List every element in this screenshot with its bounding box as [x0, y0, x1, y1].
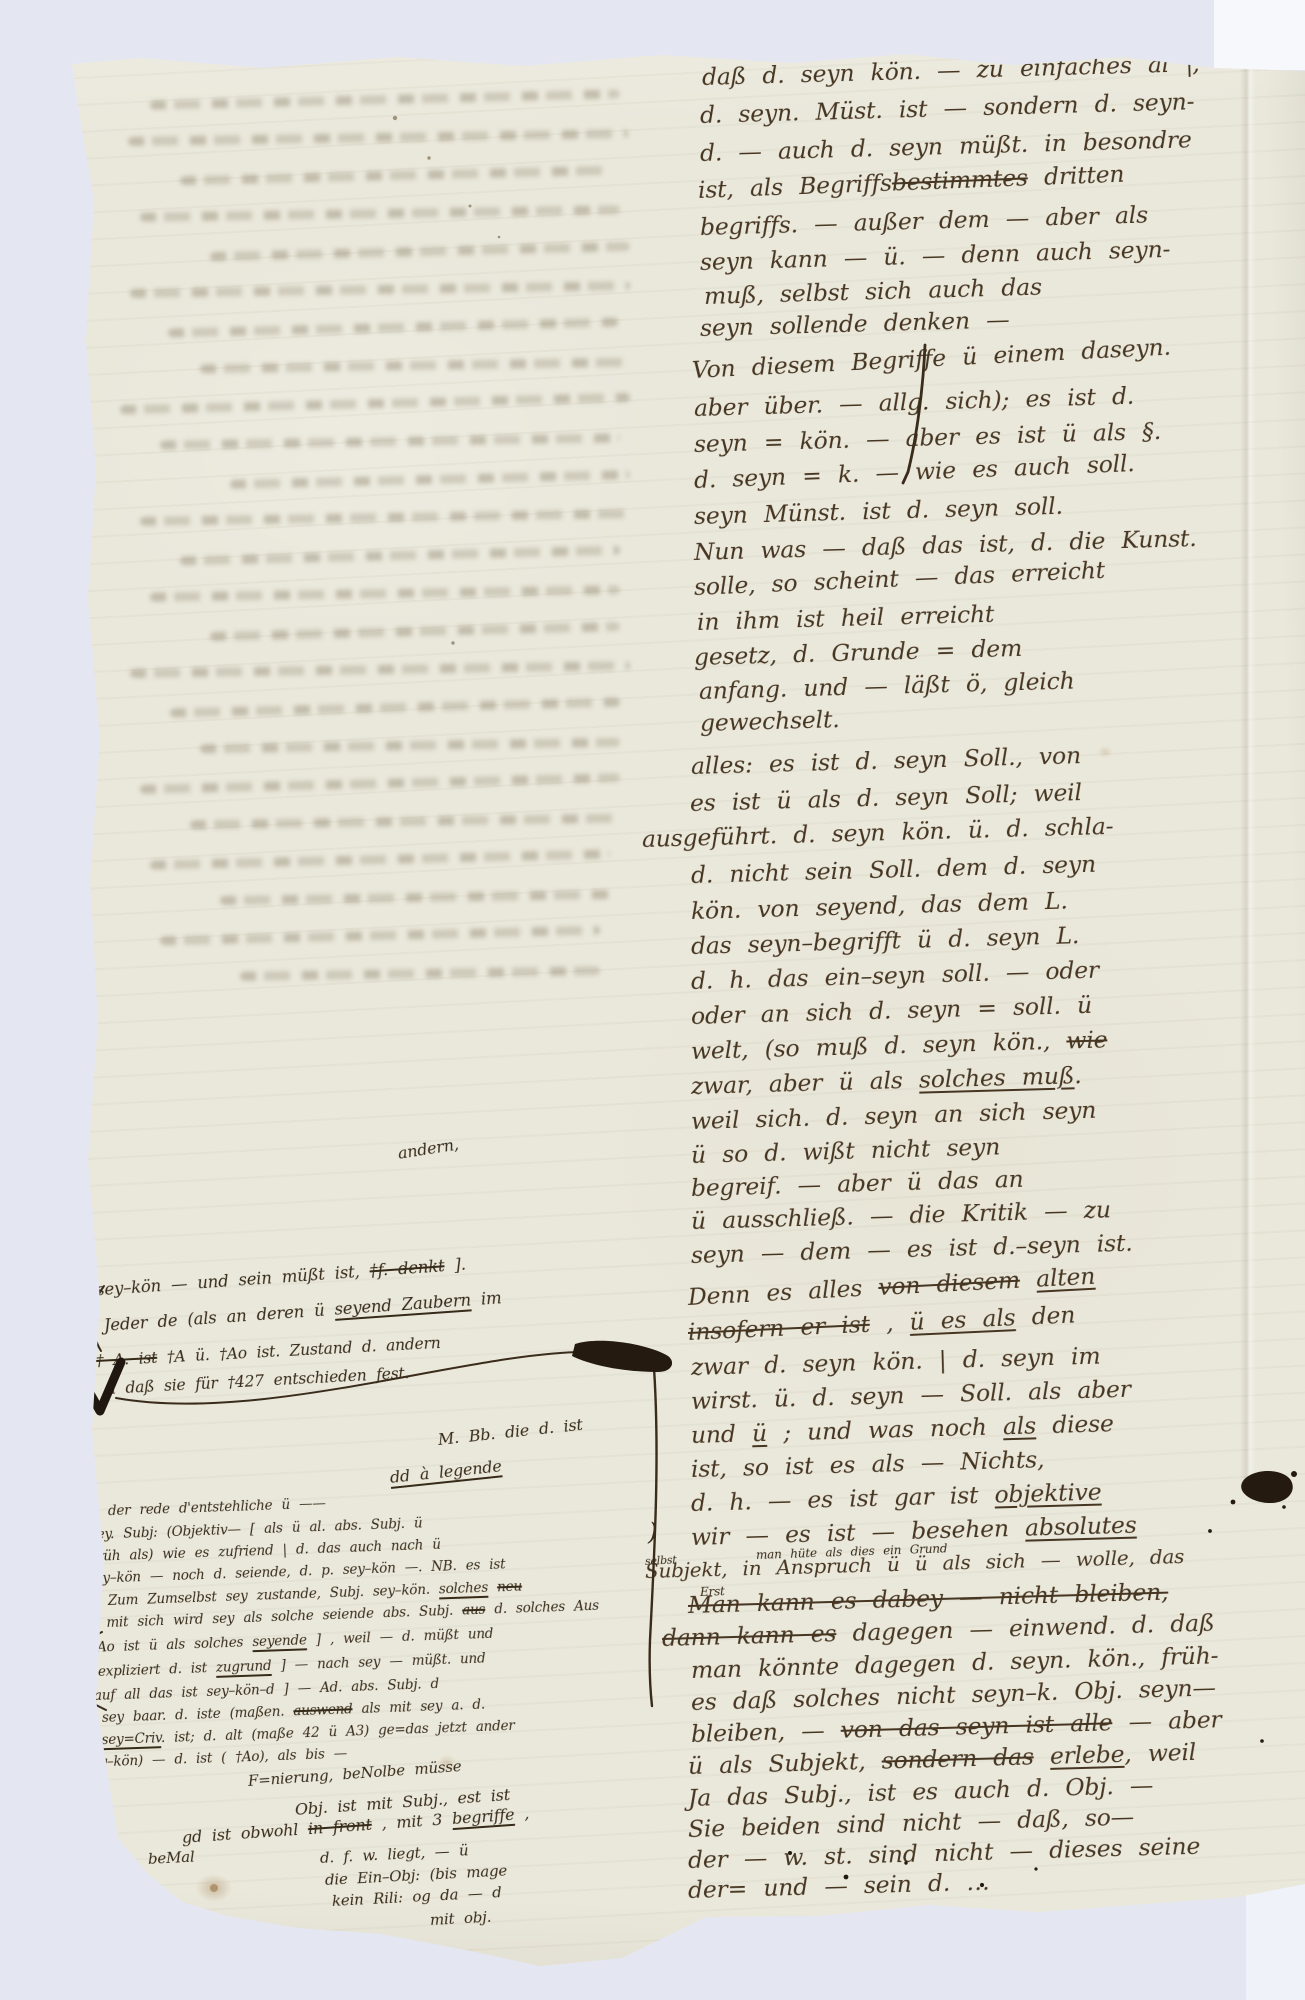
manuscript-line: Von diesem Begriffe ü einem daseyn.: [691, 336, 1171, 383]
ink-speck: [393, 116, 397, 120]
bleedthrough-line: [140, 773, 620, 794]
bleedthrough-line: [160, 926, 600, 946]
ink-speck: [451, 641, 454, 644]
annotation-line: beMal: [148, 1850, 195, 1867]
manuscript-line: seyn Münst. ist d. seyn soll.: [694, 495, 1063, 529]
bleedthrough-line: [230, 470, 630, 489]
manuscript-line: aber über. — allg. sich); es ist d.: [694, 385, 1135, 421]
bleedthrough-line: [190, 814, 620, 830]
annotation-line: (sey–kön — und sein müßt ist, †f. denkt …: [89, 1257, 466, 1300]
ink-speck: [427, 156, 430, 159]
manuscript-line: gesetz, d. Grunde = dem: [694, 637, 1023, 670]
bleedthrough-line: [150, 585, 620, 601]
bleedthrough-line: [180, 546, 620, 566]
fold-crease: [1240, 62, 1256, 1482]
manuscript-line: der= und — sein d. …: [688, 1871, 990, 1903]
annotation-line: Erst: [700, 1585, 725, 1598]
manuscript-line: in ihm ist heil erreicht: [697, 603, 995, 635]
annotation-line: Jeder de (als an deren ü seyend Zaubern …: [103, 1290, 502, 1334]
manuscript-line: ü ausschließ. — die Kritik — zu: [691, 1198, 1111, 1233]
manuscript-line: begriffs. — außer dem — aber als: [700, 203, 1149, 239]
ink-speck: [1231, 1500, 1236, 1505]
annotation-line: selbst: [645, 1554, 677, 1567]
ink-speck: [1034, 1867, 1037, 1870]
bleedthrough-line: [150, 89, 620, 109]
bleedthrough-line: [120, 393, 630, 414]
bleedthrough-line: [220, 890, 610, 905]
manuscript-line: gewechselt.: [700, 708, 840, 735]
bleedthrough-line: [140, 205, 620, 222]
bleedthrough-line: [200, 738, 620, 754]
manuscript-line: begreif. — aber ü das an: [691, 1168, 1024, 1201]
manuscript-line: seyn sollende denken —: [700, 308, 1010, 340]
manuscript-line: ist, so ist es als — Nichts,: [691, 1448, 1045, 1481]
bleedthrough-line: [130, 281, 630, 298]
ink-speck: [469, 205, 472, 208]
annotation-line: andern,: [397, 1137, 460, 1162]
scan-background-strip: [1214, 0, 1305, 70]
foxing-spot: [210, 1884, 218, 1892]
bleedthrough-line: [168, 318, 618, 338]
manuscript-line: zwar, aber ü als solches muß.: [691, 1064, 1082, 1098]
manuscript-line: d. nicht sein Soll. dem d. seyn: [691, 853, 1097, 888]
manuscript-line: das seyn–begrifft ü d. seyn L.: [691, 924, 1080, 958]
manuscript-line: alles: es ist d. seyn Soll., von: [691, 744, 1082, 778]
manuscript-line: Nun was — daß das ist, d. die Kunst.: [694, 527, 1197, 565]
manuscript-line: kön. von seyend, das dem L.: [691, 889, 1068, 923]
manuscript-line: ausgeführt. d. seyn kön. ü. d. schla-: [642, 815, 1114, 852]
manuscript-scan: { "document": { "type": "Handwritten man…: [0, 0, 1305, 2000]
annotation-line: ü daß sie für †427 entschieden fest.: [106, 1366, 410, 1397]
manuscript-line: ü so d. wißt nicht seyn: [691, 1135, 1001, 1167]
manuscript-line: d. seyn. Müst. ist — sondern d. seyn-: [700, 90, 1195, 127]
scan-background-strip: [1246, 1876, 1305, 2000]
manuscript-line: seyn kann — ü. — denn auch seyn-: [700, 238, 1171, 275]
bleedthrough-line: [210, 242, 630, 261]
manuscript-line: welt, (so muß d. seyn kön., wie: [691, 1028, 1108, 1063]
bleedthrough-line: [160, 433, 620, 449]
ink-speck: [1260, 1739, 1264, 1743]
annotation-line: ): [648, 1520, 657, 1544]
manuscript-line: anfang. und — läßt ö, gleich: [699, 670, 1075, 704]
manuscript-line: oder an sich d. seyn = soll. ü: [691, 994, 1093, 1029]
manuscript-line: wirst. ü. d. seyn — Soll. als aber: [691, 1378, 1131, 1414]
ink-speck: [1282, 1505, 1286, 1509]
bleedthrough-line: [150, 849, 610, 869]
ink-speck: [498, 236, 501, 239]
ink-speck: [1291, 1471, 1297, 1477]
bleedthrough-line: [140, 509, 630, 526]
annotation-line: a) der rede d'entstehliche ü ——: [86, 1498, 326, 1520]
manuscript-line: d. h. — es ist gar ist objektive: [691, 1481, 1102, 1516]
bleedthrough-line: [180, 166, 610, 186]
ink-blob-heavy: [572, 1341, 672, 1372]
bleedthrough-line: [200, 358, 630, 374]
manuscript-line: muß, selbst sich auch das: [704, 276, 1042, 309]
annotation-line: M. Bb. die d. ist: [437, 1417, 583, 1448]
manuscript-line: zwar d. seyn kön. | d. seyn im: [691, 1345, 1101, 1380]
manuscript-line: es ist ü als d. seyn Soll; weil: [690, 781, 1082, 815]
manuscript-line: ist, als Begriffsbestimmtes dritten: [698, 163, 1125, 203]
manuscript-line: daß d. seyn kön. — zu einfaches al |;: [702, 52, 1201, 89]
annotation-line: d. f. w. liegt, — ü: [320, 1843, 469, 1866]
bleedthrough-line: [170, 698, 620, 718]
paper-sheet: daß d. seyn kön. — zu einfaches al |;d. …: [0, 0, 1305, 2000]
ink-blot-right: [1241, 1471, 1293, 1503]
bleedthrough-line: [128, 129, 628, 146]
manuscript-line: solle, so scheint — das erreicht: [694, 559, 1106, 600]
manuscript-line: insofern er ist , ü es als den: [687, 1303, 1075, 1344]
annotation-line: dd à legende: [389, 1458, 502, 1486]
annotation-line: mit obj.: [430, 1910, 492, 1928]
bleedthrough-line: [240, 966, 600, 981]
manuscript-line: d. h. das ein–seyn soll. — oder: [691, 959, 1100, 994]
bleedthrough-line: [130, 661, 630, 678]
manuscript-line: und ü ; und was noch als diese: [691, 1412, 1114, 1447]
ink-speck: [1208, 1529, 1212, 1533]
manuscript-line: d. seyn = k. — wie es auch soll.: [694, 452, 1135, 492]
bleedthrough-line: [210, 622, 620, 641]
annotation-line: kein Rili: og da — d: [332, 1885, 502, 1909]
manuscript-line: weil sich. d. seyn an sich seyn: [691, 1099, 1097, 1134]
